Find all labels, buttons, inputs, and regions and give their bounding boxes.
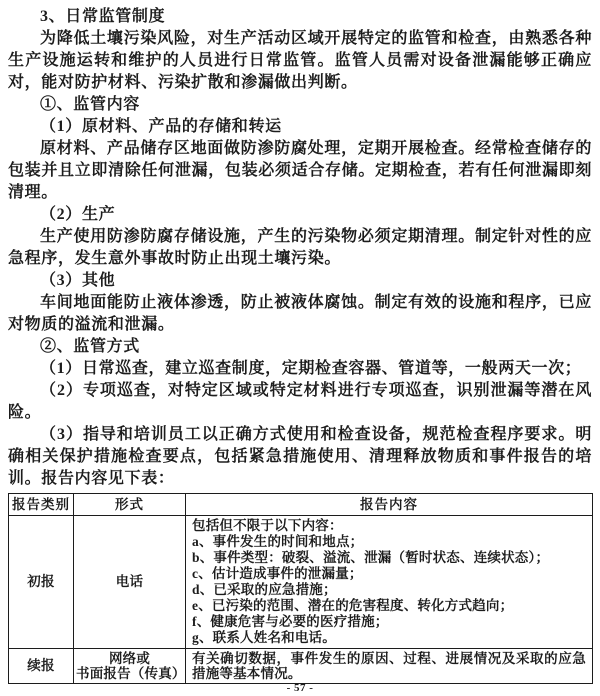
table-header-row: 报告类别 形式 报告内容 bbox=[9, 494, 593, 516]
report-table: 报告类别 形式 报告内容 初报 电话 包括但不限于以下内容： a、事件发生的时间… bbox=[8, 493, 593, 684]
header-report-form: 形式 bbox=[74, 494, 186, 516]
section2-heading: ②、监管方式 bbox=[8, 336, 592, 358]
report-content-text: 有关确切数据，事件发生的原因、过程、进展情况及采取的应急措施等基本情况。 bbox=[192, 651, 586, 681]
report-content-line: 包括但不限于以下内容： bbox=[192, 518, 586, 534]
initial-report-form: 电话 bbox=[74, 516, 186, 649]
method1-paragraph: （1）日常巡查，建立巡查制度，定期检查容器、管道等，一般两天一次； bbox=[8, 358, 592, 380]
item2-paragraph: 生产使用防渗防腐存储设施，产生的污染物必须定期清理。制定针对性的应急程序，发生意… bbox=[8, 226, 592, 270]
header-report-category: 报告类别 bbox=[9, 494, 74, 516]
report-content-line: g、联系人姓名和电话。 bbox=[192, 630, 586, 646]
report-content-line: d、已采取的应急措施； bbox=[192, 582, 586, 598]
report-form-line: 网络或 bbox=[76, 651, 183, 666]
item3-heading: （3）其他 bbox=[8, 270, 592, 292]
section-title: 3、日常监管制度 bbox=[8, 6, 592, 28]
item2-heading: （2）生产 bbox=[8, 204, 592, 226]
followup-report-form: 网络或 书面报告（传真） bbox=[74, 649, 186, 684]
report-content-line: b、事件类型：破裂、溢流、泄漏（暂时状态、连续状态）； bbox=[192, 550, 586, 566]
intro-paragraph: 为降低土壤污染风险，对生产活动区域开展特定的监管和检查，由熟悉各种生产设施运转和… bbox=[8, 28, 592, 94]
initial-report-category: 初报 bbox=[9, 516, 74, 649]
item1-paragraph: 原材料、产品储存区地面做防渗防腐处理，定期开展检查。经常检查储存的包装并且立即清… bbox=[8, 138, 592, 204]
method2-paragraph: （2）专项巡查，对特定区域或特定材料进行专项巡查，识别泄漏等潜在风险。 bbox=[8, 380, 592, 424]
item3-paragraph: 车间地面能防止液体渗透，防止被液体腐蚀。制定有效的设施和程序，已应对物质的溢流和… bbox=[8, 292, 592, 336]
followup-report-category: 续报 bbox=[9, 649, 74, 684]
table-row-initial-report: 初报 电话 包括但不限于以下内容： a、事件发生的时间和地点； b、事件类型：破… bbox=[9, 516, 593, 649]
report-content-line: e、已污染的范围、潜在的危害程度、转化方式趋向； bbox=[192, 598, 586, 614]
table-row-followup-report: 续报 网络或 书面报告（传真） 有关确切数据，事件发生的原因、过程、进展情况及采… bbox=[9, 649, 593, 684]
report-content-line: f、健康危害与必要的医疗措施； bbox=[192, 614, 586, 630]
page-number: - 57 - bbox=[0, 682, 600, 694]
section1-heading: ①、监管内容 bbox=[8, 94, 592, 116]
report-content-line: a、事件发生的时间和地点； bbox=[192, 534, 586, 550]
header-report-content: 报告内容 bbox=[186, 494, 593, 516]
followup-report-content: 有关确切数据，事件发生的原因、过程、进展情况及采取的应急措施等基本情况。 bbox=[186, 649, 593, 684]
document-page: 3、日常监管制度 为降低土壤污染风险，对生产活动区域开展特定的监管和检查，由熟悉… bbox=[0, 0, 600, 696]
initial-report-content: 包括但不限于以下内容： a、事件发生的时间和地点； b、事件类型：破裂、溢流、泄… bbox=[186, 516, 593, 649]
report-form-line: 书面报告（传真） bbox=[76, 666, 183, 681]
document-body: 3、日常监管制度 为降低土壤污染风险，对生产活动区域开展特定的监管和检查，由熟悉… bbox=[8, 6, 592, 490]
method3-paragraph: （3）指导和培训员工以正确方式使用和检查设备，规范检查程序要求。明确相关保护措施… bbox=[8, 424, 592, 490]
item1-heading: （1）原材料、产品的存储和转运 bbox=[8, 116, 592, 138]
report-content-line: c、估计造成事件的泄漏量； bbox=[192, 566, 586, 582]
